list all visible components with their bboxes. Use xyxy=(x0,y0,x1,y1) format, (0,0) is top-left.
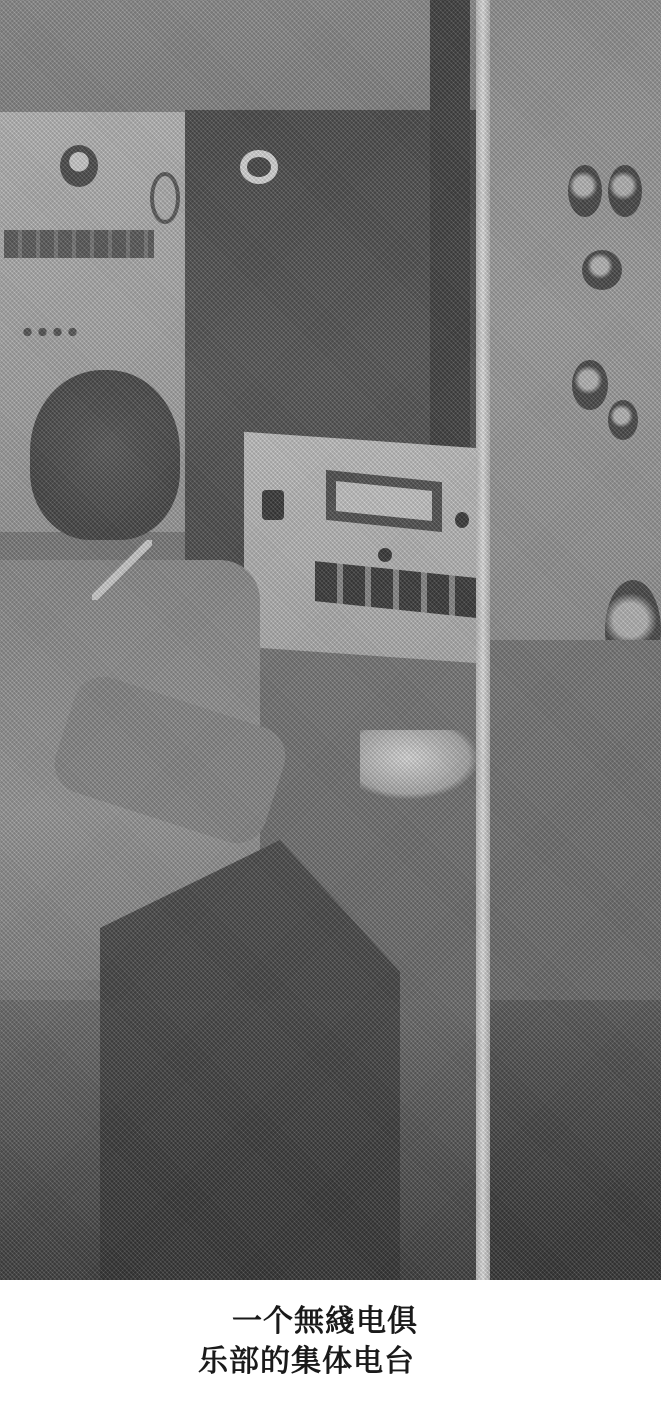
radio-set xyxy=(244,432,479,663)
ornament-icon xyxy=(150,172,180,224)
knob-icon xyxy=(582,250,622,290)
certificate-text-band xyxy=(4,230,154,258)
meter-dial-icon xyxy=(608,165,642,217)
radio-knob-icon xyxy=(378,548,392,562)
operator-head-with-headphones xyxy=(30,370,180,540)
certificate-dots xyxy=(20,325,80,339)
radio-switch-icon xyxy=(262,490,284,520)
meter-dial-icon xyxy=(572,360,608,410)
meter-dial-icon xyxy=(568,165,602,217)
radio-knob-icon xyxy=(455,512,469,528)
caption-line-2: 乐部的集体电台 xyxy=(198,1336,415,1388)
emblem-icon xyxy=(60,145,98,187)
vertical-light-strip xyxy=(476,0,490,1280)
papers-on-desk xyxy=(360,730,480,800)
indicator-lamp-icon xyxy=(240,150,278,184)
operator-collar xyxy=(92,540,152,600)
knob-icon xyxy=(608,400,638,440)
newspaper-photo xyxy=(0,0,661,1280)
floor-shadow xyxy=(0,1000,661,1280)
